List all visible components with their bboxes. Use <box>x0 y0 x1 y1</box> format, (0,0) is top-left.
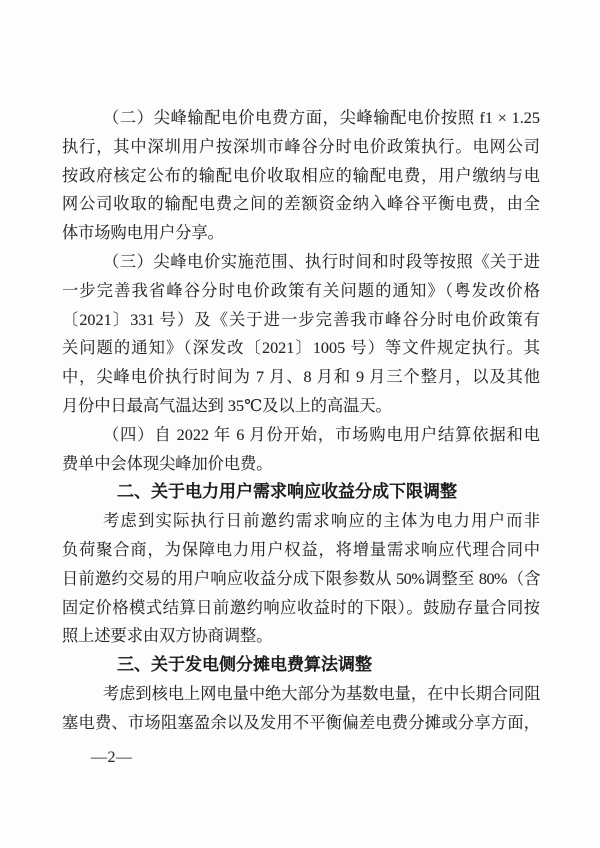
text-line: （四）自 2022 年 6 月份开始，市场购电用户结算依据和电 <box>62 421 540 450</box>
text-line: 负荷聚合商，为保障电力用户权益，将增量需求响应代理合同中 <box>62 536 540 565</box>
text-line: 塞电费、市场阻塞盈余以及发用不平衡偏差电费分摊或分享方面， <box>62 709 540 738</box>
text-line: 固定价格模式结算日前邀约响应收益时的下限）。鼓励存量合同按 <box>62 594 540 623</box>
text-line: 一步完善我省峰谷分时电价政策有关问题的通知》（粤发改价格 <box>62 277 540 306</box>
document-sheet: （二）尖峰输配电价电费方面，尖峰输配电价按照 f1 × 1.25执行，其中深圳用… <box>0 0 600 848</box>
body-paragraph: 考虑到实际执行日前邀约需求响应的主体为电力用户而非负荷聚合商，为保障电力用户权益… <box>62 507 540 651</box>
text-line: 中，尖峰电价执行时间为 7 月、8 月和 9 月三个整月，以及其他 <box>62 363 540 392</box>
text-line: 二、关于电力用户需求响应收益分成下限调整 <box>62 478 540 507</box>
document-body: （二）尖峰输配电价电费方面，尖峰输配电价按照 f1 × 1.25执行，其中深圳用… <box>62 104 540 738</box>
text-line: 关问题的通知》（深发改〔2021〕1005 号）等文件规定执行。其 <box>62 334 540 363</box>
body-paragraph: （四）自 2022 年 6 月份开始，市场购电用户结算依据和电费单中会体现尖峰加… <box>62 421 540 479</box>
text-line: 体市场购电用户分享。 <box>62 219 540 248</box>
text-line: 月份中日最高气温达到 35℃及以上的高温天。 <box>62 392 540 421</box>
body-paragraph: 考虑到核电上网电量中绝大部分为基数电量，在中长期合同阻塞电费、市场阻塞盈余以及发… <box>62 680 540 738</box>
body-paragraph: （三）尖峰电价实施范围、执行时间和时段等按照《关于进一步完善我省峰谷分时电价政策… <box>62 248 540 421</box>
text-line: 按政府核定公布的输配电价收取相应的输配电费，用户缴纳与电 <box>62 162 540 191</box>
text-line: 考虑到核电上网电量中绝大部分为基数电量，在中长期合同阻 <box>62 680 540 709</box>
section-heading: 三、关于发电侧分摊电费算法调整 <box>62 651 540 680</box>
text-line: 执行，其中深圳用户按深圳市峰谷分时电价政策执行。电网公司 <box>62 133 540 162</box>
text-line: 考虑到实际执行日前邀约需求响应的主体为电力用户而非 <box>62 507 540 536</box>
scanned-document-page: { "page": { "page_number": "—2—", "backg… <box>0 0 600 848</box>
section-heading: 二、关于电力用户需求响应收益分成下限调整 <box>62 478 540 507</box>
page-number: —2— <box>91 749 133 767</box>
text-line: 照上述要求由双方协商调整。 <box>62 622 540 651</box>
text-line: 三、关于发电侧分摊电费算法调整 <box>62 651 540 680</box>
body-paragraph: （二）尖峰输配电价电费方面，尖峰输配电价按照 f1 × 1.25执行，其中深圳用… <box>62 104 540 248</box>
text-line: 费单中会体现尖峰加价电费。 <box>62 450 540 479</box>
text-line: （二）尖峰输配电价电费方面，尖峰输配电价按照 f1 × 1.25 <box>62 104 540 133</box>
text-line: 日前邀约交易的用户响应收益分成下限参数从 50%调整至 80%（含 <box>62 565 540 594</box>
text-line: 〔2021〕331 号）及《关于进一步完善我市峰谷分时电价政策有 <box>62 306 540 335</box>
text-line: 网公司收取的输配电费之间的差额资金纳入峰谷平衡电费，由全 <box>62 190 540 219</box>
text-line: （三）尖峰电价实施范围、执行时间和时段等按照《关于进 <box>62 248 540 277</box>
